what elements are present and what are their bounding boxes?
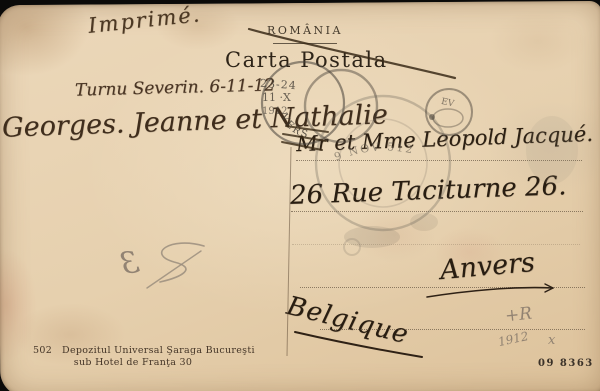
pencil-cross-mark: x [548, 333, 555, 348]
address-dotted-line-2 [291, 211, 583, 212]
address-dotted-line-5 [320, 329, 585, 330]
publisher-address: sub Hotel de Franţa 30 [33, 357, 233, 369]
header-rule [273, 43, 337, 44]
card-title: Carta Postala [225, 48, 385, 72]
serial-number: 09 8363 [538, 358, 594, 369]
country-header: ROMÂNIA [240, 24, 370, 37]
postcard-photo: ROMÂNIA Carta Postala Imprimé. Turnu Sev… [0, 0, 600, 391]
publisher-name: Depozitul Universal Şaraga Bucureşti [62, 345, 255, 356]
address-dotted-line-1 [296, 160, 582, 161]
publisher-imprint: 502Depozitul Universal Şaraga Bucureşti … [33, 345, 233, 369]
pencil-r-mark: +R [504, 304, 533, 327]
address-dotted-line-4 [300, 287, 585, 288]
publisher-number: 502 [33, 345, 52, 356]
address-dotted-line-3 [292, 244, 580, 245]
